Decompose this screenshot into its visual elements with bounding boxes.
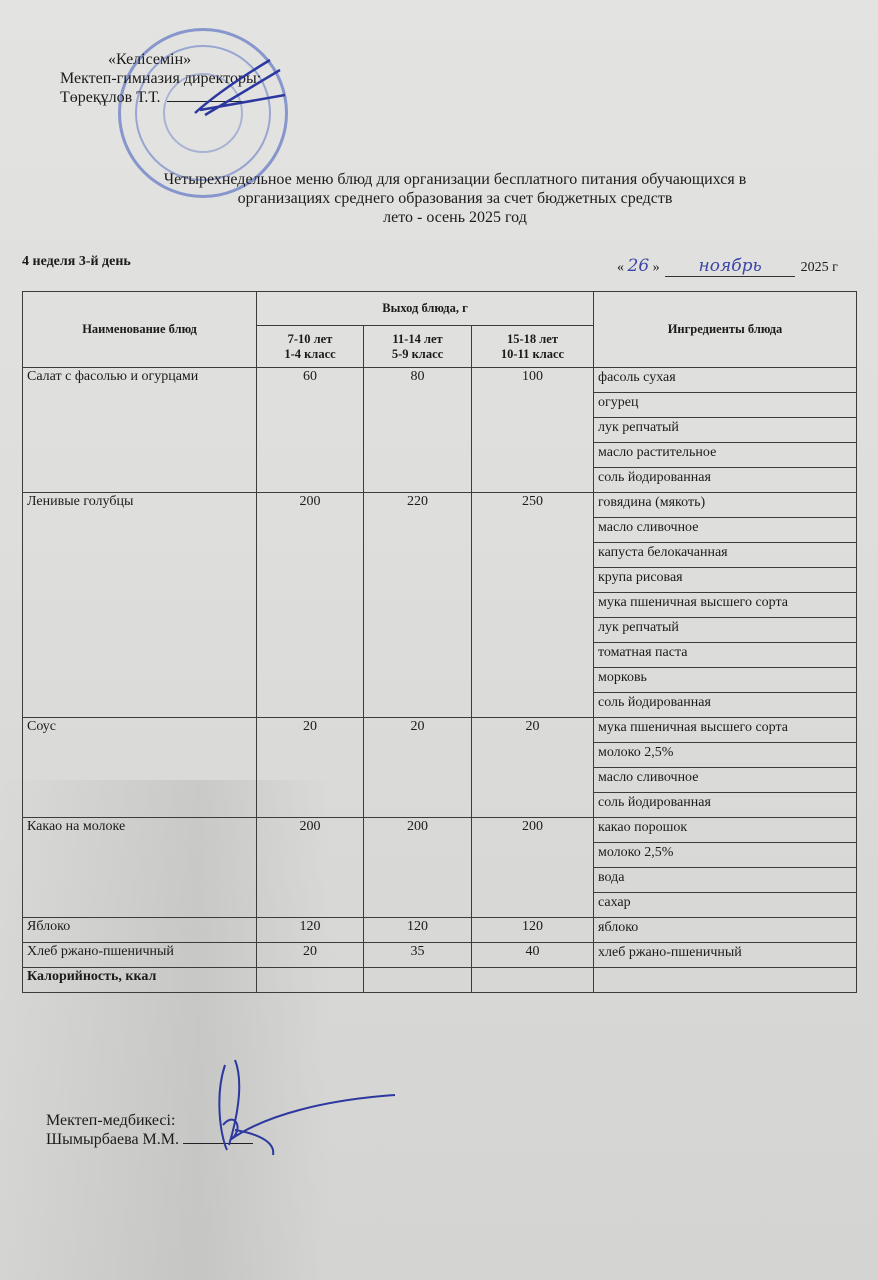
ingredient-cell: соль йодированная bbox=[594, 693, 857, 718]
output-11-14: 35 bbox=[364, 943, 472, 968]
output-15-18: 120 bbox=[472, 918, 594, 943]
ingredient-cell: мука пшеничная высшего сорта bbox=[594, 718, 857, 743]
output-7-10: 20 bbox=[257, 943, 364, 968]
output-11-14: 220 bbox=[364, 493, 472, 718]
table-row: Ленивые голубцы200220250говядина (мякоть… bbox=[23, 493, 857, 518]
dish-name: Салат с фасолью и огурцами bbox=[23, 368, 257, 493]
ingredient-cell: молоко 2,5% bbox=[594, 743, 857, 768]
week-day-label: 4 неделя 3-й день bbox=[22, 254, 131, 270]
header-age-7-10: 7-10 лет1-4 класс bbox=[257, 326, 364, 368]
ingredient-cell: масло сливочное bbox=[594, 768, 857, 793]
output-11-14: 200 bbox=[364, 818, 472, 918]
nurse-position: Мектеп-медбикесі: bbox=[46, 1111, 253, 1130]
nurse-name: Шымырбаева М.М. bbox=[46, 1131, 179, 1148]
calories-value bbox=[257, 968, 364, 993]
calories-value bbox=[594, 968, 857, 993]
approval-agreed: «Келісемін» bbox=[60, 50, 261, 69]
table-row: Хлеб ржано-пшеничный203540хлеб ржано-пше… bbox=[23, 943, 857, 968]
output-11-14: 20 bbox=[364, 718, 472, 818]
signature-line bbox=[167, 101, 249, 102]
output-7-10: 200 bbox=[257, 493, 364, 718]
nurse-block: Мектеп-медбикесі: Шымырбаева М.М. bbox=[46, 1111, 253, 1149]
table-row: Яблоко120120120яблоко bbox=[23, 918, 857, 943]
table-row: Какао на молоке200200200какао порошок bbox=[23, 818, 857, 843]
header-dish-name: Наименование блюд bbox=[23, 292, 257, 368]
output-7-10: 60 bbox=[257, 368, 364, 493]
output-15-18: 40 bbox=[472, 943, 594, 968]
output-15-18: 100 bbox=[472, 368, 594, 493]
ingredient-cell: молоко 2,5% bbox=[594, 843, 857, 868]
ingredient-cell: масло сливочное bbox=[594, 518, 857, 543]
ingredient-cell: соль йодированная bbox=[594, 468, 857, 493]
approval-position: Мектеп-гимназия директоры: bbox=[60, 69, 261, 88]
ingredient-cell: капуста белокачанная bbox=[594, 543, 857, 568]
ingredient-cell: яблоко bbox=[594, 918, 857, 943]
dish-name: Ленивые голубцы bbox=[23, 493, 257, 718]
table-row: Салат с фасолью и огурцами6080100фасоль … bbox=[23, 368, 857, 393]
output-11-14: 120 bbox=[364, 918, 472, 943]
dish-name: Какао на молоке bbox=[23, 818, 257, 918]
ingredient-cell: вода bbox=[594, 868, 857, 893]
ingredient-cell: какао порошок bbox=[594, 818, 857, 843]
header-ingredients: Ингредиенты блюда bbox=[594, 292, 857, 368]
dish-name: Соус bbox=[23, 718, 257, 818]
output-15-18: 250 bbox=[472, 493, 594, 718]
ingredient-cell: огурец bbox=[594, 393, 857, 418]
approval-block: «Келісемін» Мектеп-гимназия директоры: Т… bbox=[60, 50, 261, 107]
table-row: Соус202020мука пшеничная высшего сорта bbox=[23, 718, 857, 743]
date-month: ноябрь bbox=[699, 256, 762, 276]
ingredient-cell: крупа рисовая bbox=[594, 568, 857, 593]
header-age-11-14: 11-14 лет5-9 класс bbox=[364, 326, 472, 368]
quote-open: « bbox=[617, 260, 624, 275]
ingredient-cell: сахар bbox=[594, 893, 857, 918]
ingredient-cell: томатная паста bbox=[594, 643, 857, 668]
output-7-10: 120 bbox=[257, 918, 364, 943]
signature-line bbox=[183, 1143, 253, 1144]
quote-close: » bbox=[653, 260, 660, 275]
ingredient-cell: лук репчатый bbox=[594, 418, 857, 443]
title-line-1: Четырехнедельное меню блюд для организац… bbox=[60, 170, 850, 189]
header-age-15-18: 15-18 лет10-11 класс bbox=[472, 326, 594, 368]
date-year: 2025 г bbox=[801, 260, 838, 275]
calories-row: Калорийность, ккал bbox=[23, 968, 857, 993]
header-output: Выход блюда, г bbox=[257, 292, 594, 326]
ingredient-cell: соль йодированная bbox=[594, 793, 857, 818]
ingredient-cell: масло растительное bbox=[594, 443, 857, 468]
output-7-10: 200 bbox=[257, 818, 364, 918]
calories-label: Калорийность, ккал bbox=[23, 968, 257, 993]
title-line-2: организациях среднего образования за сче… bbox=[60, 189, 850, 208]
ingredient-cell: лук репчатый bbox=[594, 618, 857, 643]
ingredient-cell: фасоль сухая bbox=[594, 368, 857, 393]
calories-value bbox=[472, 968, 594, 993]
ingredient-cell: говядина (мякоть) bbox=[594, 493, 857, 518]
dish-name: Хлеб ржано-пшеничный bbox=[23, 943, 257, 968]
title-line-3: лето - осень 2025 год bbox=[60, 208, 850, 227]
ingredient-cell: мука пшеничная высшего сорта bbox=[594, 593, 857, 618]
approval-name: Төреқұлов Т.Т. bbox=[60, 89, 161, 106]
ingredient-cell: хлеб ржано-пшеничный bbox=[594, 943, 857, 968]
menu-table: Наименование блюд Выход блюда, г Ингреди… bbox=[22, 291, 857, 993]
ingredient-cell: морковь bbox=[594, 668, 857, 693]
output-15-18: 200 bbox=[472, 818, 594, 918]
dish-name: Яблоко bbox=[23, 918, 257, 943]
calories-value bbox=[364, 968, 472, 993]
date-day: 26 bbox=[628, 256, 650, 276]
output-11-14: 80 bbox=[364, 368, 472, 493]
document-title: Четырехнедельное меню блюд для организац… bbox=[60, 170, 850, 227]
date-field: « 26 » ноябрь 2025 г bbox=[617, 256, 838, 277]
output-7-10: 20 bbox=[257, 718, 364, 818]
output-15-18: 20 bbox=[472, 718, 594, 818]
